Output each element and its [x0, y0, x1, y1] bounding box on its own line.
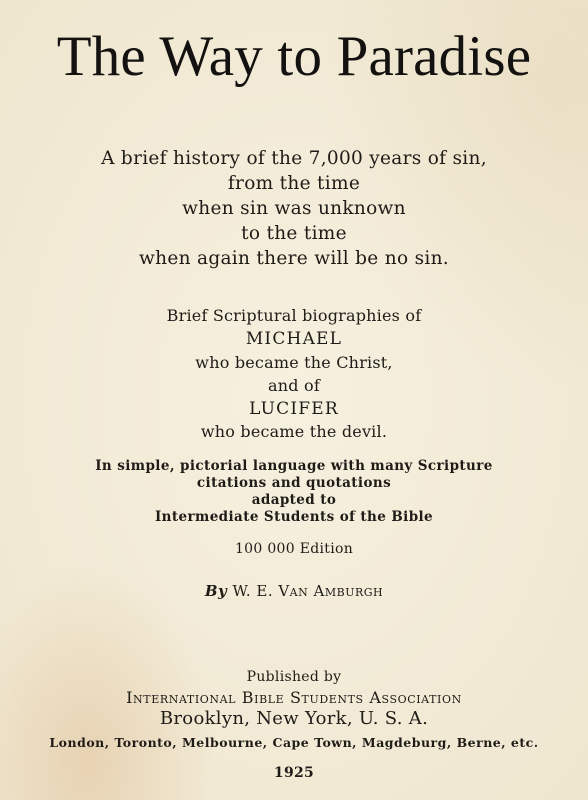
- publisher-branches: London, Toronto, Melbourne, Cape Town, M…: [0, 735, 588, 750]
- published-by-label: Published by: [0, 669, 588, 685]
- author-by: By: [205, 582, 227, 600]
- author-line: By W. E. Van Amburgh: [0, 582, 588, 600]
- biographies-conjunction: and of: [0, 376, 588, 395]
- biography-name-lucifer: LUCIFER: [0, 399, 588, 419]
- subtitle-line-4: to the time: [0, 223, 588, 244]
- description-line-1: In simple, pictorial language with many …: [0, 458, 588, 474]
- description-line-3: adapted to: [0, 492, 588, 508]
- subtitle-line-3: when sin was unknown: [0, 198, 588, 219]
- publisher-name: International Bible Students Association: [0, 688, 588, 707]
- subtitle-line-1: A brief history of the 7,000 years of si…: [0, 148, 588, 169]
- edition-label: 100 000 Edition: [0, 541, 588, 557]
- biography-desc-michael: who became the Christ,: [0, 353, 588, 372]
- book-title: The Way to Paradise: [0, 24, 588, 89]
- biography-desc-lucifer: who became the devil.: [0, 422, 588, 441]
- biographies-intro: Brief Scriptural biographies of: [0, 306, 588, 325]
- description-line-2: citations and quotations: [0, 475, 588, 491]
- subtitle-line-5: when again there will be no sin.: [0, 248, 588, 269]
- author-name: W. E. Van Amburgh: [233, 582, 384, 600]
- biography-name-michael: MICHAEL: [0, 329, 588, 349]
- subtitle-line-2: from the time: [0, 173, 588, 194]
- description-line-4: Intermediate Students of the Bible: [0, 509, 588, 525]
- publisher-location: Brooklyn, New York, U. S. A.: [0, 708, 588, 729]
- title-page: The Way to Paradise A brief history of t…: [0, 0, 588, 800]
- publication-year: 1925: [0, 765, 588, 781]
